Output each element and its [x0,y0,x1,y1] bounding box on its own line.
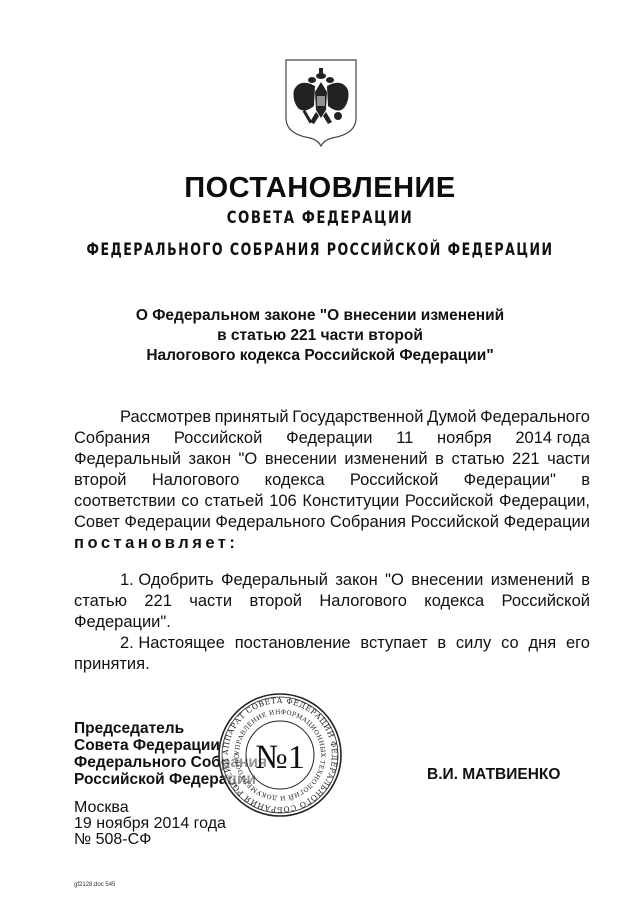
word: Федерального [215,512,325,533]
word: в [581,570,590,591]
word: Налогового [319,591,407,612]
word: изменений [491,570,574,591]
word: "О [239,449,258,470]
word: вступает [360,633,427,654]
text-line: соответствии со статьей 106 Конституции … [74,491,590,512]
word: постановление [235,633,351,654]
word: принятый [215,407,289,428]
text-line: Рассмотрев принятый Государственной Думо… [74,407,590,428]
word: в [581,470,590,491]
date: 19 ноября 2014 года [74,816,226,832]
word: закон [189,449,231,470]
word: Федеральный [221,570,328,591]
document-subject: О Федеральном законе "О внесении изменен… [0,306,640,366]
clause-2-line: 2. Настоящее постановление вступает в си… [74,633,590,654]
clause-2-line: принятия. [74,654,590,675]
official-seal-icon: АППАРАТ СОВЕТА ФЕДЕРАЦИИ ФЕДЕРАЛЬНОГО СО… [217,692,343,818]
word: Федерации, [499,491,590,512]
text-line: второй Налогового кодекса Российской Фед… [74,470,590,491]
clause-1-line: статью 221 части второй Налогового кодек… [74,591,590,612]
word: Государственной [292,407,423,428]
word: со [501,633,519,654]
word: Думой [427,407,476,428]
subject-line: Налогового кодекса Российской Федерации" [0,346,640,366]
document-number: № 508-СФ [74,832,226,848]
word: статью [451,449,504,470]
russian-coat-of-arms-icon [282,56,360,148]
document-title: ПОСТАНОВЛЕНИЕ [0,172,640,205]
word: статьей [205,491,264,512]
word: 221 [512,449,540,470]
word: 221 [144,591,172,612]
word: Федеральный [74,449,181,470]
word: со [181,491,199,512]
preamble-paragraph: Рассмотрев принятый Государственной Думо… [74,407,590,554]
word: "О [385,570,404,591]
issuer-line-1: СОВЕТА ФЕДЕРАЦИИ [70,208,569,228]
word: принятия. [74,654,150,675]
word: части [189,591,232,612]
word: Российской [405,491,493,512]
signatory-name: В.И. МАТВИЕНКО [427,766,560,784]
word: 1. Одобрить [120,570,214,591]
word: Федерации". [74,612,171,633]
subject-line: в статью 221 части второй [0,326,640,346]
word: закон [335,570,377,591]
svg-text:№1: №1 [255,739,304,776]
word: Конституции [302,491,399,512]
word: внесении [265,449,337,470]
word: ноября [437,428,492,449]
word: Федерации [124,512,210,533]
text-line: Совет Федерации Федерального Собрания Ро… [74,512,590,533]
word: силу [456,633,491,654]
word: в [435,449,444,470]
file-code: gf2128.doc 545 [74,882,115,888]
word: Собрания [330,512,406,533]
word: части [547,449,590,470]
subject-line: О Федеральном законе "О внесении изменен… [0,306,640,326]
word: Рассмотрев [120,407,211,428]
issuer-line-2: ФЕДЕРАЛЬНОГО СОБРАНИЯ РОССИЙСКОЙ ФЕДЕРАЦ… [83,240,557,260]
resolves-word: постановляет: [74,533,238,554]
text-line: постановляет: [74,533,590,554]
word: Российской [502,591,590,612]
word: кодекса [265,470,325,491]
word: его [566,633,590,654]
text-line: Федеральный закон "О внесении изменений … [74,449,590,470]
word: изменений [344,449,427,470]
word: 2014 года [515,428,590,449]
word: 11 [396,428,413,449]
clauses: 1. Одобрить Федеральный закон "О внесени… [74,570,590,675]
word: 2. Настоящее [120,633,225,654]
word: Налогового [152,470,240,491]
word: второй [249,591,302,612]
word: Российской [350,470,438,491]
text-line: Собрания Российской Федерации 11 ноября … [74,428,590,449]
word: внесении [411,570,483,591]
word: 106 [269,491,297,512]
word: Федерации" [464,470,556,491]
word: статью [74,591,127,612]
clause-1-line: 1. Одобрить Федеральный закон "О внесени… [74,570,590,591]
word: Федерального [480,407,590,428]
word: в [437,633,446,654]
word: соответствии [74,491,176,512]
word: Совет [74,512,120,533]
place-date-block: Москва 19 ноября 2014 года № 508-СФ [74,800,226,848]
city: Москва [74,800,226,816]
word: Федерации [286,428,372,449]
word: Российской [174,428,262,449]
word: второй [74,470,127,491]
word: Российской [411,512,499,533]
word: кодекса [424,591,484,612]
word: дня [528,633,556,654]
clause-1-line: Федерации". [74,612,590,633]
word: Собрания [74,428,150,449]
word: Федерации [504,512,590,533]
